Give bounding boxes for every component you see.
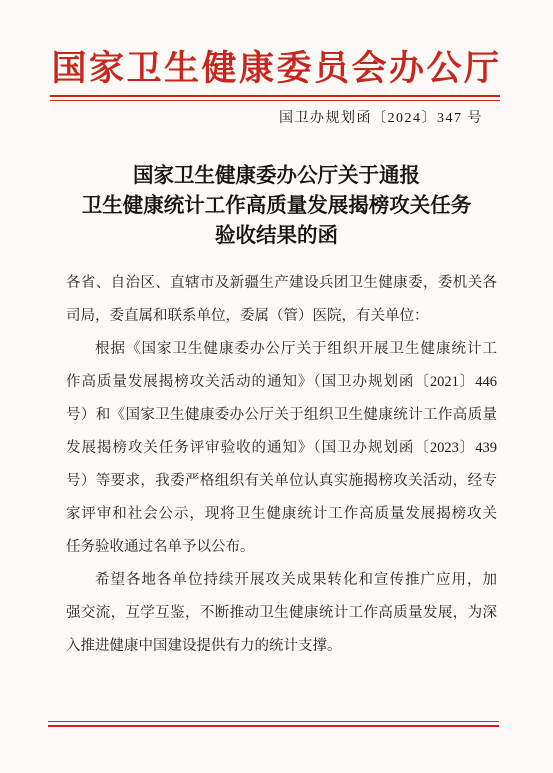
document-title-line: 验收结果的函 (0, 221, 553, 251)
body-text-line: 强交流，互学互鉴，不断推动卫生健康统计工作高质量发展，为深 (66, 597, 497, 630)
body-text-line: 号）和《国家卫生健康委办公厅关于组织卫生健康统计工作高质量 (66, 399, 497, 432)
header-divider (50, 95, 500, 101)
body-text-line: 入推进健康中国建设提供有力的统计支撑。 (66, 630, 497, 663)
body-text-line: 发展揭榜攻关任务评审验收的通知》（国卫办规划函〔2023〕439 (66, 432, 497, 465)
document-number: 国卫办规划函〔2024〕347 号 (0, 109, 553, 128)
header-divider-thin-line (50, 100, 500, 101)
body-text-line: 司局，委直属和联系单位，委属（管）医院，有关单位： (66, 300, 497, 333)
body-text-line: 各省、自治区、直辖市及新疆生产建设兵团卫生健康委，委机关各 (66, 267, 497, 300)
body-text-line: 希望各地各单位持续开展攻关成果转化和宣传推广应用，加 (66, 564, 497, 597)
footer-divider-thick-line (48, 725, 499, 727)
official-letter-page: 国家卫生健康委员会办公厅 国卫办规划函〔2024〕347 号 国家卫生健康委办公… (0, 0, 553, 773)
document-title-line: 卫生健康统计工作高质量发展揭榜攻关任务 (0, 191, 553, 221)
body-text-line: 家评审和社会公示，现将卫生健康统计工作高质量发展揭榜攻关 (66, 498, 497, 531)
body-text-line: 号）等要求，我委严格组织有关单位认真实施揭榜攻关活动，经专 (66, 465, 497, 498)
document-body: 各省、自治区、直辖市及新疆生产建设兵团卫生健康委，委机关各司局，委直属和联系单位… (66, 267, 497, 663)
document-title-line: 国家卫生健康委办公厅关于通报 (0, 161, 553, 191)
document-title: 国家卫生健康委办公厅关于通报卫生健康统计工作高质量发展揭榜攻关任务验收结果的函 (0, 161, 553, 251)
body-text-line: 作高质量发展揭榜攻关活动的通知》（国卫办规划函〔2021〕446 (66, 366, 497, 399)
body-text-line: 根据《国家卫生健康委办公厅关于组织开展卫生健康统计工 (66, 333, 497, 366)
letterhead-title: 国家卫生健康委员会办公厅 (0, 0, 553, 88)
body-text-line: 任务验收通过名单予以公布。 (66, 531, 497, 564)
footer-divider (48, 721, 499, 727)
